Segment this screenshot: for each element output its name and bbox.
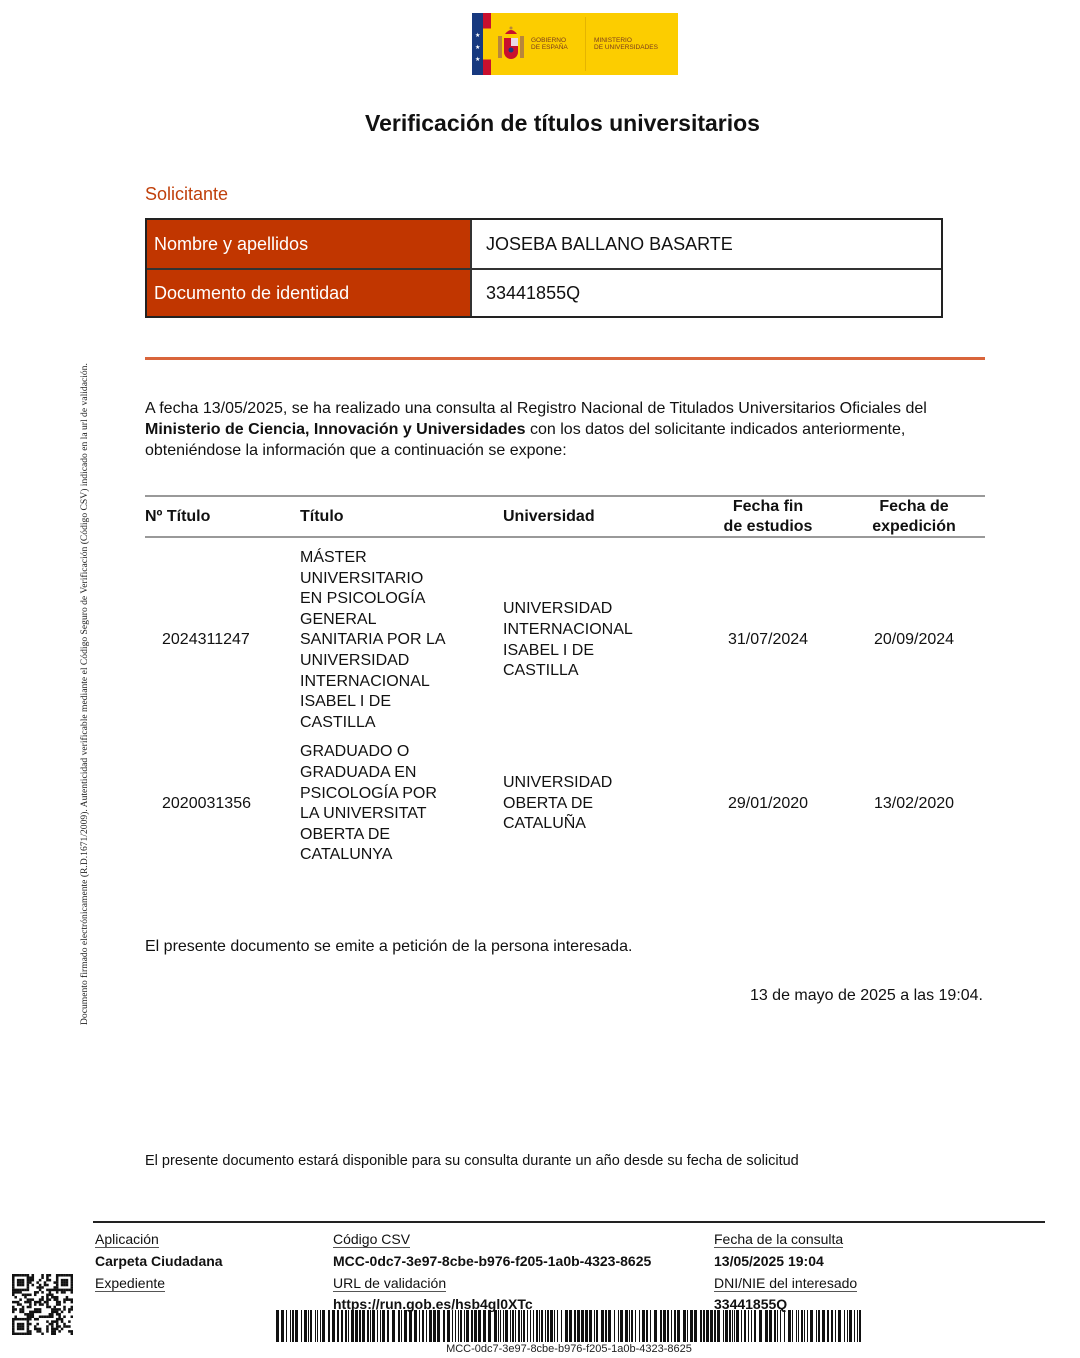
col-number: Nº Título (145, 508, 300, 526)
electronic-signature-note: Documento firmado electrónicamente (R.D.… (79, 270, 90, 1025)
degree-issue-date: 20/09/2024 (843, 630, 985, 651)
applicant-name-label: Nombre y apellidos (147, 220, 472, 268)
file-link[interactable]: Expediente (95, 1275, 165, 1292)
applicant-row-id: Documento de identidad 33441855Q (147, 268, 941, 316)
barcode-text: MCC-0dc7-3e97-8cbe-b976-f205-1a0b-4323-8… (276, 1343, 862, 1355)
degree-number: 2020031356 (145, 794, 300, 815)
applicant-section-label: Solicitante (145, 184, 228, 205)
government-logo: ★★★ GOBIERNO DE ESPAÑA MINISTERIO DE UNI… (472, 13, 678, 75)
degree-title: GRADUADO OGRADUADA ENPSICOLOGÍA PORLA UN… (300, 742, 503, 866)
degree-number: 2024311247 (145, 630, 300, 651)
col-issue-date-line2: expedición (843, 517, 985, 537)
coat-of-arms-icon (491, 13, 531, 75)
csv-value: MCC-0dc7-3e97-8cbe-b976-f205-1a0b-4323-8… (333, 1253, 651, 1269)
barcode-icon (276, 1310, 862, 1342)
qr-code-icon (12, 1274, 73, 1335)
intro-ministry: Ministerio de Ciencia, Innovación y Univ… (145, 421, 526, 438)
intro-text-1: A fecha 13/05/2025, se ha realizado una … (145, 400, 927, 417)
validation-url-label: URL de validación (333, 1275, 446, 1292)
degree-end-date: 29/01/2020 (693, 794, 843, 815)
col-issue-date: Fecha de expedición (843, 497, 985, 537)
col-end-date-line2: de estudios (693, 517, 843, 537)
col-issue-date-line1: Fecha de (843, 497, 985, 517)
applicant-table: Nombre y apellidos JOSEBA BALLANO BASART… (145, 218, 943, 318)
col-end-date-line1: Fecha fin (693, 497, 843, 517)
spain-flag-stripe (483, 13, 491, 75)
table-row: 2024311247 MÁSTERUNIVERSITARIOEN PSICOLO… (145, 548, 985, 733)
application-value: Carpeta Ciudadana (95, 1253, 223, 1269)
logo-divider (585, 17, 586, 71)
degree-title: MÁSTERUNIVERSITARIOEN PSICOLOGÍAGENERALS… (300, 548, 503, 733)
gov-line-2: DE ESPAÑA (531, 44, 581, 52)
applicant-row-name: Nombre y apellidos JOSEBA BALLANO BASART… (147, 220, 941, 268)
col-title: Título (300, 508, 503, 526)
footer-divider (93, 1221, 1045, 1223)
degrees-table: Nº Título Título Universidad Fecha fin d… (145, 495, 985, 866)
table-row: 2020031356 GRADUADO OGRADUADA ENPSICOLOG… (145, 742, 985, 866)
intro-paragraph: A fecha 13/05/2025, se ha realizado una … (145, 398, 990, 461)
degree-university: UNIVERSIDADOBERTA DECATALUÑA (503, 773, 693, 835)
degree-end-date: 31/07/2024 (693, 630, 843, 651)
ministry-name: MINISTERIO DE UNIVERSIDADES (590, 13, 678, 75)
applicant-name-value: JOSEBA BALLANO BASARTE (472, 220, 941, 268)
government-name: GOBIERNO DE ESPAÑA (531, 13, 581, 75)
degree-university: UNIVERSIDADINTERNACIONALISABEL I DECASTI… (503, 599, 693, 681)
issued-date: 13 de mayo de 2025 a las 19:04. (750, 987, 983, 1005)
application-label: Aplicación (95, 1231, 159, 1248)
ministry-line-1: MINISTERIO (594, 37, 678, 45)
query-date-value: 13/05/2025 19:04 (714, 1253, 824, 1269)
col-end-date: Fecha fin de estudios (693, 497, 843, 537)
degree-issue-date: 13/02/2020 (843, 794, 985, 815)
applicant-id-label: Documento de identidad (147, 270, 472, 316)
ministry-line-2: DE UNIVERSIDADES (594, 44, 678, 52)
availability-note: El presente documento estará disponible … (145, 1153, 799, 1169)
csv-label: Código CSV (333, 1231, 410, 1248)
col-university: Universidad (503, 508, 693, 526)
section-divider (145, 357, 985, 360)
issued-note: El presente documento se emite a petició… (145, 938, 632, 956)
dni-label: DNI/NIE del interesado (714, 1275, 857, 1292)
page-title: Verificación de títulos universitarios (0, 110, 1080, 137)
degrees-table-header: Nº Título Título Universidad Fecha fin d… (145, 495, 985, 538)
eu-flag-stripe: ★★★ (472, 13, 483, 75)
applicant-id-value: 33441855Q (472, 270, 941, 316)
query-date-label: Fecha de la consulta (714, 1231, 843, 1248)
gov-line-1: GOBIERNO (531, 37, 581, 45)
